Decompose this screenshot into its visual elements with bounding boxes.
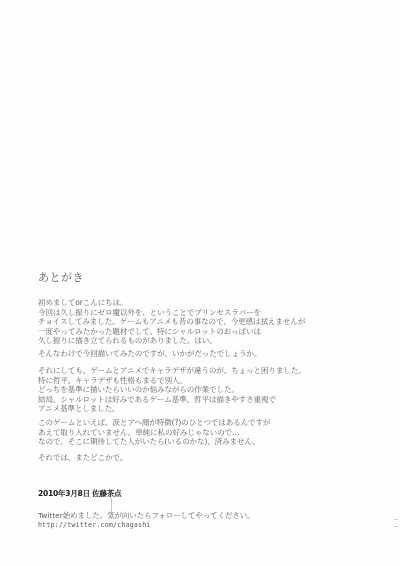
paragraph-character-design: それにしても、ゲームとアニメでキャラデザが違うのが、ちょっと困りました。 特に哲… [38, 366, 306, 414]
paragraph-closing: それでは、またどこかで。 [38, 453, 127, 463]
text-line: あえて取り入れていません。単純に私の好みじゃないので… [38, 428, 270, 438]
paragraph-game-notes: このゲームといえば、涙とアヘ顔が特徴(?)のひとつではあるんですが あえて取り入… [38, 418, 270, 447]
text-line: なので、そこに期待してた人がいたら(いるのかな)、済みません。 [38, 437, 270, 447]
text-line: 初めましてorこんにちは。 [38, 298, 305, 308]
text-line: 結局、シャルロットは好みであるゲーム基準、哲平は描きやすさ重視で [38, 395, 306, 405]
twitter-note: Twitter始めました。気が向いたらフォローしてやってください。 [38, 512, 255, 521]
text-line: 久し振りに描き立てられるものがありました。はい。 [38, 336, 305, 346]
paragraph-intro: 初めましてorこんにちは。 今回は久し振りにゼロ魔以外を、ということでプリンセス… [38, 298, 305, 346]
paragraph-question: そんなわけで今回描いてみたのですが、いかがだったでしょうか。 [38, 349, 261, 359]
page-edge-mark [394, 519, 398, 527]
text-line: 一度やってみたかった題材でして、特にシャルロットのおっぱいは [38, 327, 305, 337]
text-line: そんなわけで今回描いてみたのですが、いかがだったでしょうか。 [38, 349, 261, 359]
text-line: 今回は久し振りにゼロ魔以外を、ということでプリンセスラバーを [38, 308, 305, 318]
text-line: それでは、またどこかで。 [38, 453, 127, 463]
footer-twitter: Twitter始めました。気が向いたらフォローしてやってください。 http:/… [38, 512, 255, 529]
text-line: アニメ基準としました。 [38, 404, 306, 414]
text-line: チョイスしてみました。ゲームもアニメも昔の事なので、今更感は拭えませんが [38, 317, 305, 327]
text-line: 特に哲平。キャラデザも性格もまるで別人。 [38, 376, 306, 386]
signature-date-author: 2010年3月8日 佐藤茶点 [38, 488, 121, 499]
twitter-url-link[interactable]: http://twitter.com/chagashi [38, 521, 255, 530]
document-page: あとがき 初めましてorこんにちは。 今回は久し振りにゼロ魔以外を、ということで… [0, 0, 400, 566]
text-line: どっちを基準に描いたらいいのか悩みながらの作業でした。 [38, 385, 306, 395]
text-line: それにしても、ゲームとアニメでキャラデザが違うのが、ちょっと困りました。 [38, 366, 306, 376]
afterword-title: あとがき [38, 269, 84, 285]
text-line: このゲームといえば、涙とアヘ顔が特徴(?)のひとつではあるんですが [38, 418, 270, 428]
